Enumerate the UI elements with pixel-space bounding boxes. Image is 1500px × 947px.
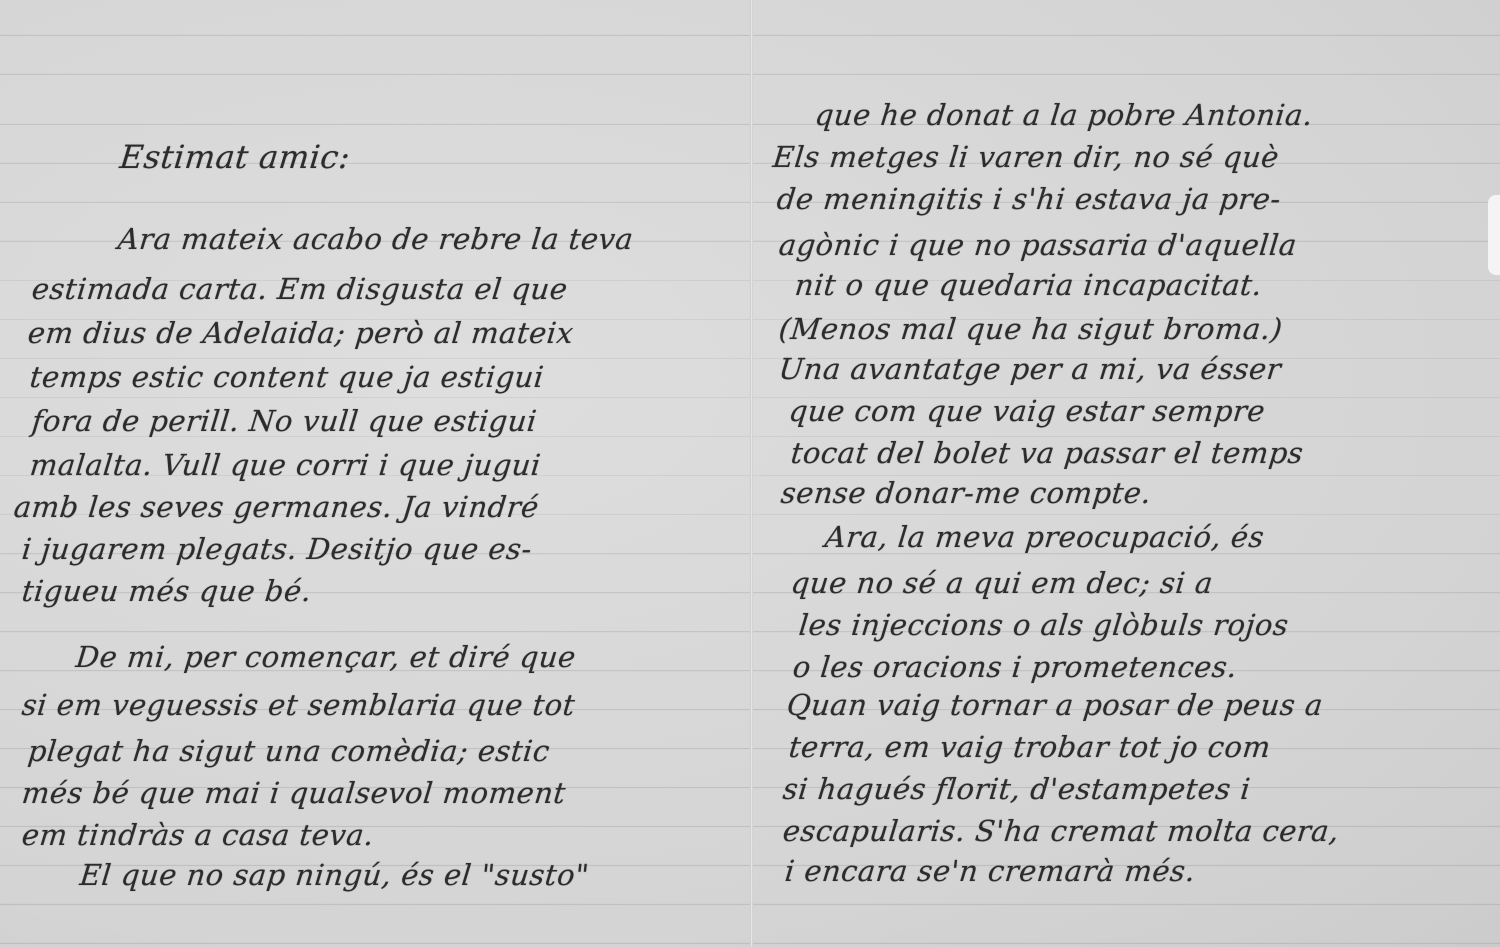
letter-line: El que no sap ningú, és el "susto" — [78, 858, 591, 892]
letter-line: temps estic content que ja estigui — [28, 360, 545, 394]
letter-line: que no sé a qui em dec; si a — [789, 566, 1215, 600]
letter-line: Una avantatge per a mi, va ésser — [777, 352, 1283, 386]
letter-line: fora de perill. No vull que estigui — [30, 404, 538, 438]
letter-line: sense donar-me compte. — [779, 476, 1153, 510]
letter-line: em dius de Adelaida; però al mateix — [26, 316, 575, 350]
letter-line: tocat del bolet va passar el temps — [789, 436, 1305, 470]
letter-line: agònic i que no passaria d'aquella — [777, 228, 1298, 262]
left-page: Estimat amic: Ara mateix acabo de rebre … — [0, 0, 748, 947]
letter-line: que com que vaig estar sempre — [787, 394, 1267, 428]
letter-line: em tindràs a casa teva. — [20, 818, 376, 852]
letter-line: De mi, per començar, et diré que — [74, 640, 577, 674]
letter-line: plegat ha sigut una comèdia; estic — [26, 734, 551, 768]
letter-line: les injeccions o als glòbuls rojos — [797, 608, 1290, 642]
letter-line: si hagués florit, d'estampetes i — [781, 772, 1252, 806]
letter-line: estimada carta. Em disgusta el que — [30, 272, 569, 306]
letter-line: i jugarem plegats. Desitjo que es- — [20, 532, 534, 566]
letter-line: si em veguessis et semblaria que tot — [20, 688, 577, 722]
letter-line: de meningitis i s'hi estava ja pre- — [775, 182, 1282, 216]
letter-line: Els metges li varen dir, no sé què — [771, 140, 1281, 174]
letter-line: i encara se'n cremarà més. — [783, 854, 1197, 888]
letter-line: Ara, la meva preocupació, és — [823, 520, 1266, 554]
greeting: Estimat amic: — [118, 138, 352, 176]
letter-line: Quan vaig tornar a posar de peus a — [785, 688, 1324, 722]
right-page: que he donat a la pobre Antonia. Els met… — [755, 0, 1500, 947]
letter-line: terra, em vaig trobar tot jo com — [787, 730, 1272, 764]
letter-line: malalta. Vull que corri i que jugui — [28, 448, 542, 482]
letter-sheet: Estimat amic: Ara mateix acabo de rebre … — [0, 0, 1500, 947]
letter-line: més bé que mai i qualsevol moment — [20, 776, 567, 810]
letter-line: o les oracions i prometences. — [791, 650, 1239, 684]
letter-line: nit o que quedaria incapacitat. — [793, 268, 1264, 302]
letter-line: amb les seves germanes. Ja vindré — [12, 490, 540, 524]
letter-line: Ara mateix acabo de rebre la teva — [116, 222, 635, 256]
center-fold — [750, 0, 753, 947]
letter-line: tigueu més que bé. — [20, 574, 313, 608]
letter-line: (Menos mal que ha sigut broma.) — [777, 312, 1284, 346]
letter-line: que he donat a la pobre Antonia. — [813, 98, 1314, 132]
letter-line: escapularis. S'ha cremat molta cera, — [781, 814, 1341, 848]
